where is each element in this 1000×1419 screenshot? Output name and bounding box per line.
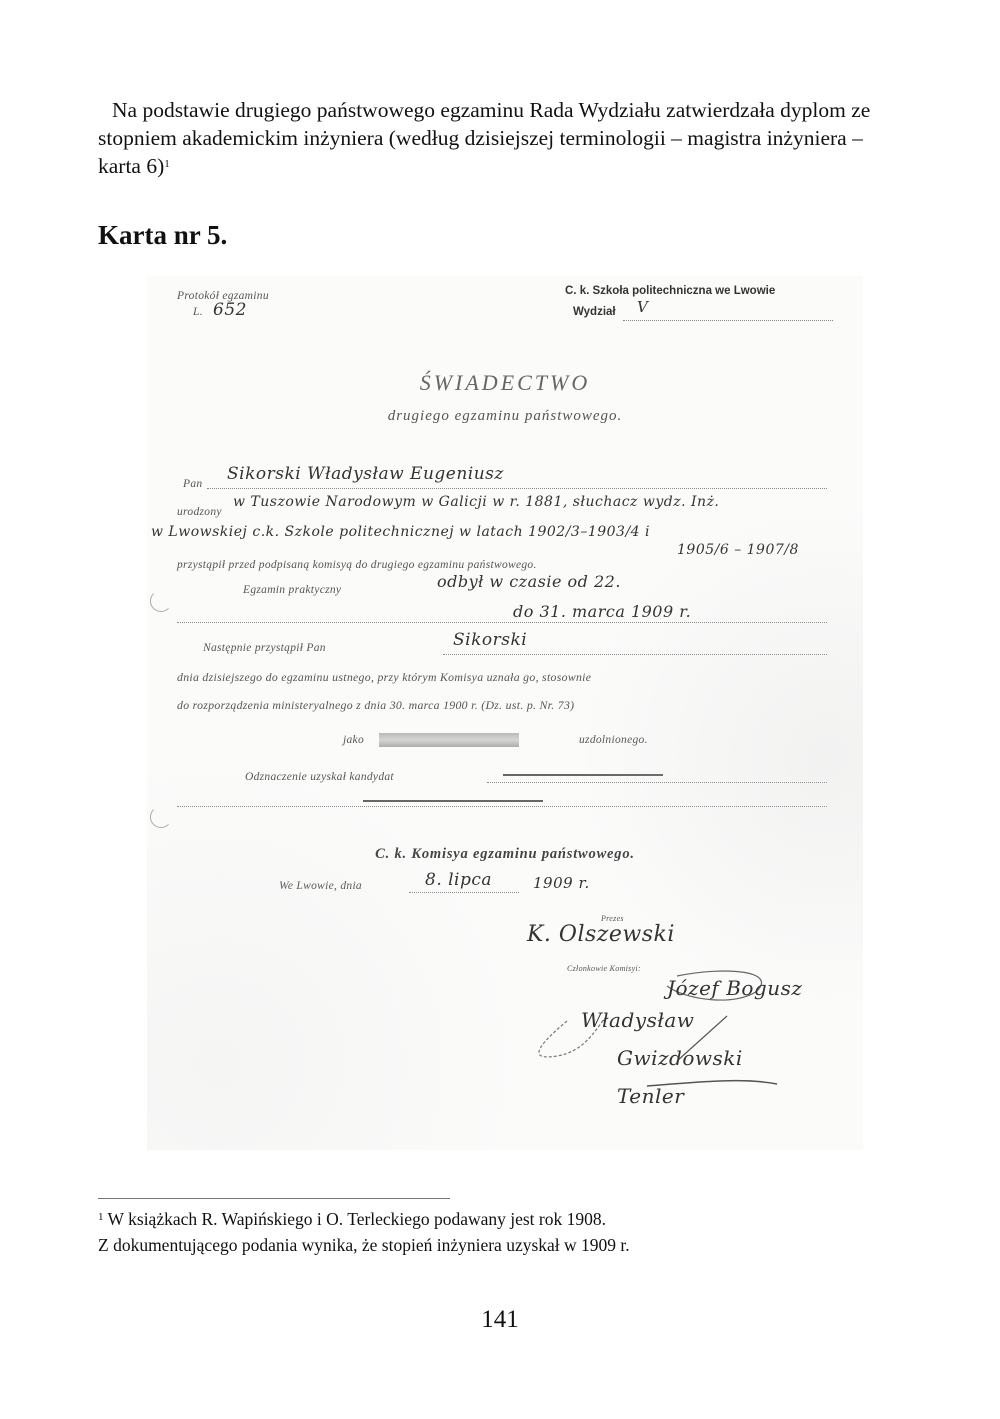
- footnotes: 1 W książkach R. Wapińskiego i O. Terlec…: [98, 1206, 630, 1258]
- practical-value-2: do 31. marca 1909 r.: [513, 602, 691, 621]
- member-signature-1: Józef Bogusz: [667, 976, 802, 1000]
- practical-label: Egzamin praktyczny: [243, 584, 341, 596]
- as-label: jako: [343, 734, 364, 746]
- pan-value: Sikorski Władysław Eugeniusz: [227, 464, 504, 484]
- chairman-signature: K. Olszewski: [527, 922, 675, 947]
- faculty-value: V: [637, 298, 648, 316]
- dotted-line: [177, 622, 827, 623]
- member-signature-2: Władysław: [581, 1008, 694, 1032]
- date-value: 8. lipca: [425, 870, 492, 890]
- qualified-label: uzdolnionego.: [579, 734, 648, 746]
- intro-text: Na podstawie drugiego państwowego egzami…: [98, 98, 870, 178]
- certificate-subtitle: drugiego egzaminu państwowego.: [147, 408, 863, 425]
- scanned-certificate: Protokół egzaminu L. 652 C. k. Szkoła po…: [147, 276, 863, 1150]
- next-label: Następnie przystąpił Pan: [203, 642, 326, 654]
- pan-label: Pan: [183, 478, 202, 490]
- born-value: w Tuszowie Narodowym w Galicji w r. 1881…: [233, 494, 719, 510]
- footnote-text: W książkach R. Wapińskiego i O. Terlecki…: [104, 1209, 607, 1229]
- intro-paragraph: Na podstawie drugiego państwowego egzami…: [98, 96, 878, 180]
- dotted-line: [623, 320, 833, 321]
- faculty-label: Wydział: [573, 306, 616, 318]
- member-signature-3: Gwizdowski: [617, 1046, 743, 1070]
- page-number: 141: [0, 1306, 1000, 1334]
- studies-value-2: 1905/6 – 1907/8: [677, 542, 799, 558]
- dotted-line: [409, 892, 519, 893]
- dotted-line: [443, 654, 827, 655]
- studies-value: w Lwowskiej c.k. Szkole politechnicznej …: [151, 524, 650, 540]
- appeared-text: przystąpił przed podpisaną komisyą do dr…: [177, 559, 537, 571]
- school-name: C. k. Szkoła politechniczna we Lwowie: [565, 285, 775, 297]
- strike-line: [363, 800, 543, 802]
- footnote-text: Z dokumentującego podania wynika, że sto…: [98, 1235, 630, 1255]
- strike-line: [503, 774, 663, 776]
- protocol-number: 652: [213, 300, 247, 320]
- dotted-line: [177, 806, 827, 807]
- certificate-title: ŚWIADECTWO: [147, 370, 863, 396]
- oral-text: dnia dzisiejszego do egzaminu ustnego, p…: [177, 670, 591, 685]
- commission-title: C. k. Komisya egzaminu państwowego.: [147, 846, 863, 863]
- footnote-item: Z dokumentującego podania wynika, że sto…: [98, 1232, 630, 1258]
- year-value: 1909 r.: [533, 874, 590, 892]
- dotted-line: [487, 782, 827, 783]
- punch-hole: [150, 806, 172, 828]
- dotted-line: [207, 488, 827, 489]
- protocol-prefix: L.: [193, 306, 203, 318]
- practical-value: odbył w czasie od 22.: [437, 572, 621, 591]
- distinction-label: Odznaczenie uzyskał kandydat: [245, 771, 394, 783]
- born-label: urodzony: [177, 506, 222, 518]
- section-heading: Karta nr 5.: [98, 220, 227, 251]
- regulation-text: do rozporządzenia ministeryalnego z dnia…: [177, 698, 574, 713]
- footnote-number: 1: [98, 1211, 104, 1223]
- place-date-label: We Lwowie, dnia: [279, 880, 362, 892]
- footnote-separator: [98, 1198, 450, 1199]
- punch-hole: [150, 590, 172, 612]
- footnote-ref[interactable]: 1: [164, 158, 170, 170]
- next-value: Sikorski: [453, 630, 527, 650]
- redacted-grade: [379, 733, 519, 747]
- member-signature-4: Tenler: [617, 1084, 684, 1108]
- footnote-item: 1 W książkach R. Wapińskiego i O. Terlec…: [98, 1206, 630, 1232]
